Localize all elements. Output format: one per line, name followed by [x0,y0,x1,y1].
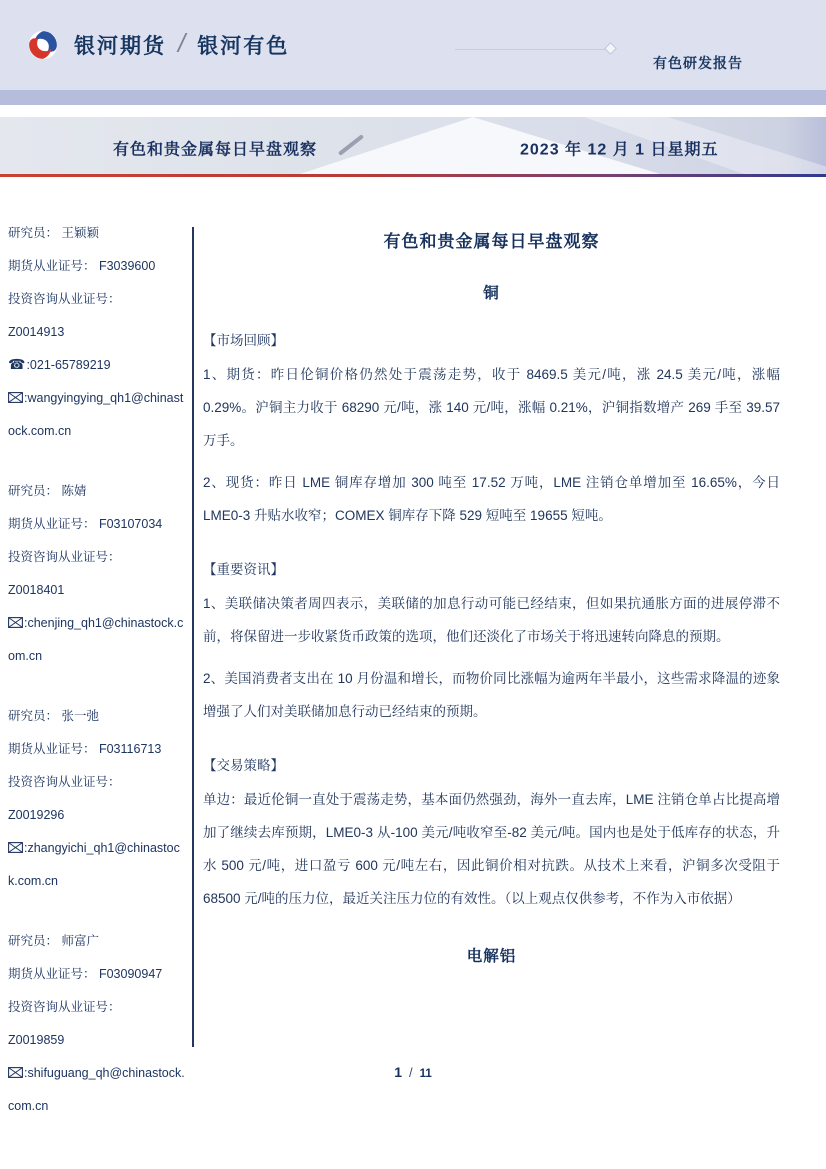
banner-title: 有色和贵金属每日早盘观察 [113,136,317,159]
brand-group: 银河期货 / 银河有色 [28,0,289,90]
report-body: 有色和贵金属每日早盘观察 铜 【市场回顾】 1、期货：昨日伦铜价格仍然处于震荡走… [203,177,780,966]
total-page-count: 11 [420,1068,432,1080]
report-type-label: 有色研发报告 [653,53,743,73]
email-line: :wangyingying_qh1@chinastock.com.cn [8,382,188,448]
researcher-sidebar: 研究员： 王颖颖 期货从业证号： F3039600 投资咨询从业证号： Z001… [8,217,188,1150]
content-area: 研究员： 王颖颖 期货从业证号： F3039600 投资咨询从业证号： Z001… [0,177,826,1169]
advisor-cert-label: 投资咨询从业证号： [8,541,188,574]
sidebar-divider-line [192,227,194,1047]
email-line: :chenjing_qh1@chinastock.com.cn [8,607,188,673]
report-page: 银河期货 / 银河有色 有色研发报告 有色和贵金属每日早盘观察 2023 年 1… [0,0,826,1169]
title-banner: 有色和贵金属每日早盘观察 2023 年 12 月 1 日星期五 [0,117,826,174]
page-title: 有色和贵金属每日早盘观察 [203,227,780,252]
page-footer: 1/11 [0,1064,826,1082]
researcher-name: 研究员： 陈婧 [8,475,188,508]
email-address: :zhangyichi_qh1@chinastock.com.cn [8,841,180,888]
advisor-cert-code: Z0019859 [8,1024,188,1057]
current-page-number: 1 [394,1064,402,1080]
phone-icon: ☎ [8,357,25,373]
advisor-cert-label: 投资咨询从业证号： [8,283,188,316]
researcher-name: 研究员： 王颖颖 [8,217,188,250]
paragraph-news-2: 2、美国消费者支出在 10 月份温和增长，而物价同比涨幅为逾两年半最小，这些需求… [203,662,780,728]
advisor-cert-code: Z0018401 [8,574,188,607]
email-address: :chenjing_qh1@chinastock.com.cn [8,616,183,663]
futures-cert-number: 期货从业证号： F03116713 [8,733,188,766]
banner-date: 2023 年 12 月 1 日星期五 [520,136,719,159]
advisor-cert-label: 投资咨询从业证号： [8,991,188,1024]
galaxy-logo-icon [28,29,58,61]
header-bottom-band [0,90,826,105]
brand-secondary: 银河有色 [197,30,289,60]
page-number-separator: / [409,1065,413,1080]
futures-cert-number: 期货从业证号： F3039600 [8,250,188,283]
advisor-cert-label: 投资咨询从业证号： [8,766,188,799]
advisor-cert-code: Z0019296 [8,799,188,832]
paragraph-market-review-1: 1、期货：昨日伦铜价格仍然处于震荡走势，收于 8469.5 美元/吨，涨 24.… [203,358,780,457]
paragraph-news-1: 1、美联储决策者周四表示，美联储的加息行动可能已经结束，但如果抗通胀方面的进展停… [203,587,780,653]
researcher-block: 研究员： 师富广 期货从业证号： F03090947 投资咨询从业证号： Z00… [8,925,188,1123]
paragraph-market-review-2: 2、现货：昨日 LME 铜库存增加 300 吨至 17.52 万吨，LME 注销… [203,466,780,532]
section-label-strategy: 【交易策略】 [203,754,780,774]
brand-divider: / [178,28,185,59]
commodity-heading-copper: 铜 [203,281,780,303]
diamond-ornament [604,42,617,55]
header-gap [0,105,826,117]
researcher-name: 研究员： 张一弛 [8,700,188,733]
phone-number: :021-65789219 [26,358,110,372]
researcher-name: 研究员： 师富广 [8,925,188,958]
email-icon [8,842,23,853]
email-icon [8,617,23,628]
page-header: 银河期货 / 银河有色 有色研发报告 [0,0,826,90]
email-line: :zhangyichi_qh1@chinastock.com.cn [8,832,188,898]
header-rule-line [455,49,607,50]
researcher-block: 研究员： 陈婧 期货从业证号： F03107034 投资咨询从业证号： Z001… [8,475,188,673]
phone-line: ☎:021-65789219 [8,349,188,382]
email-icon [8,392,23,403]
advisor-cert-code: Z0014913 [8,316,188,349]
researcher-block: 研究员： 王颖颖 期货从业证号： F3039600 投资咨询从业证号： Z001… [8,217,188,448]
email-address: :wangyingying_qh1@chinastock.com.cn [8,391,183,438]
futures-cert-number: 期货从业证号： F03107034 [8,508,188,541]
futures-cert-number: 期货从业证号： F03090947 [8,958,188,991]
section-label-news: 【重要资讯】 [203,558,780,578]
paragraph-strategy-1: 单边：最近伦铜一直处于震荡走势，基本面仍然强劲，海外一直去库，LME 注销仓单占… [203,783,780,915]
researcher-block: 研究员： 张一弛 期货从业证号： F03116713 投资咨询从业证号： Z00… [8,700,188,898]
brand-primary: 银河期货 [74,30,166,60]
commodity-heading-aluminum: 电解铝 [203,944,780,966]
banner-slash-decoration [338,134,364,156]
section-label-market-review: 【市场回顾】 [203,329,780,349]
